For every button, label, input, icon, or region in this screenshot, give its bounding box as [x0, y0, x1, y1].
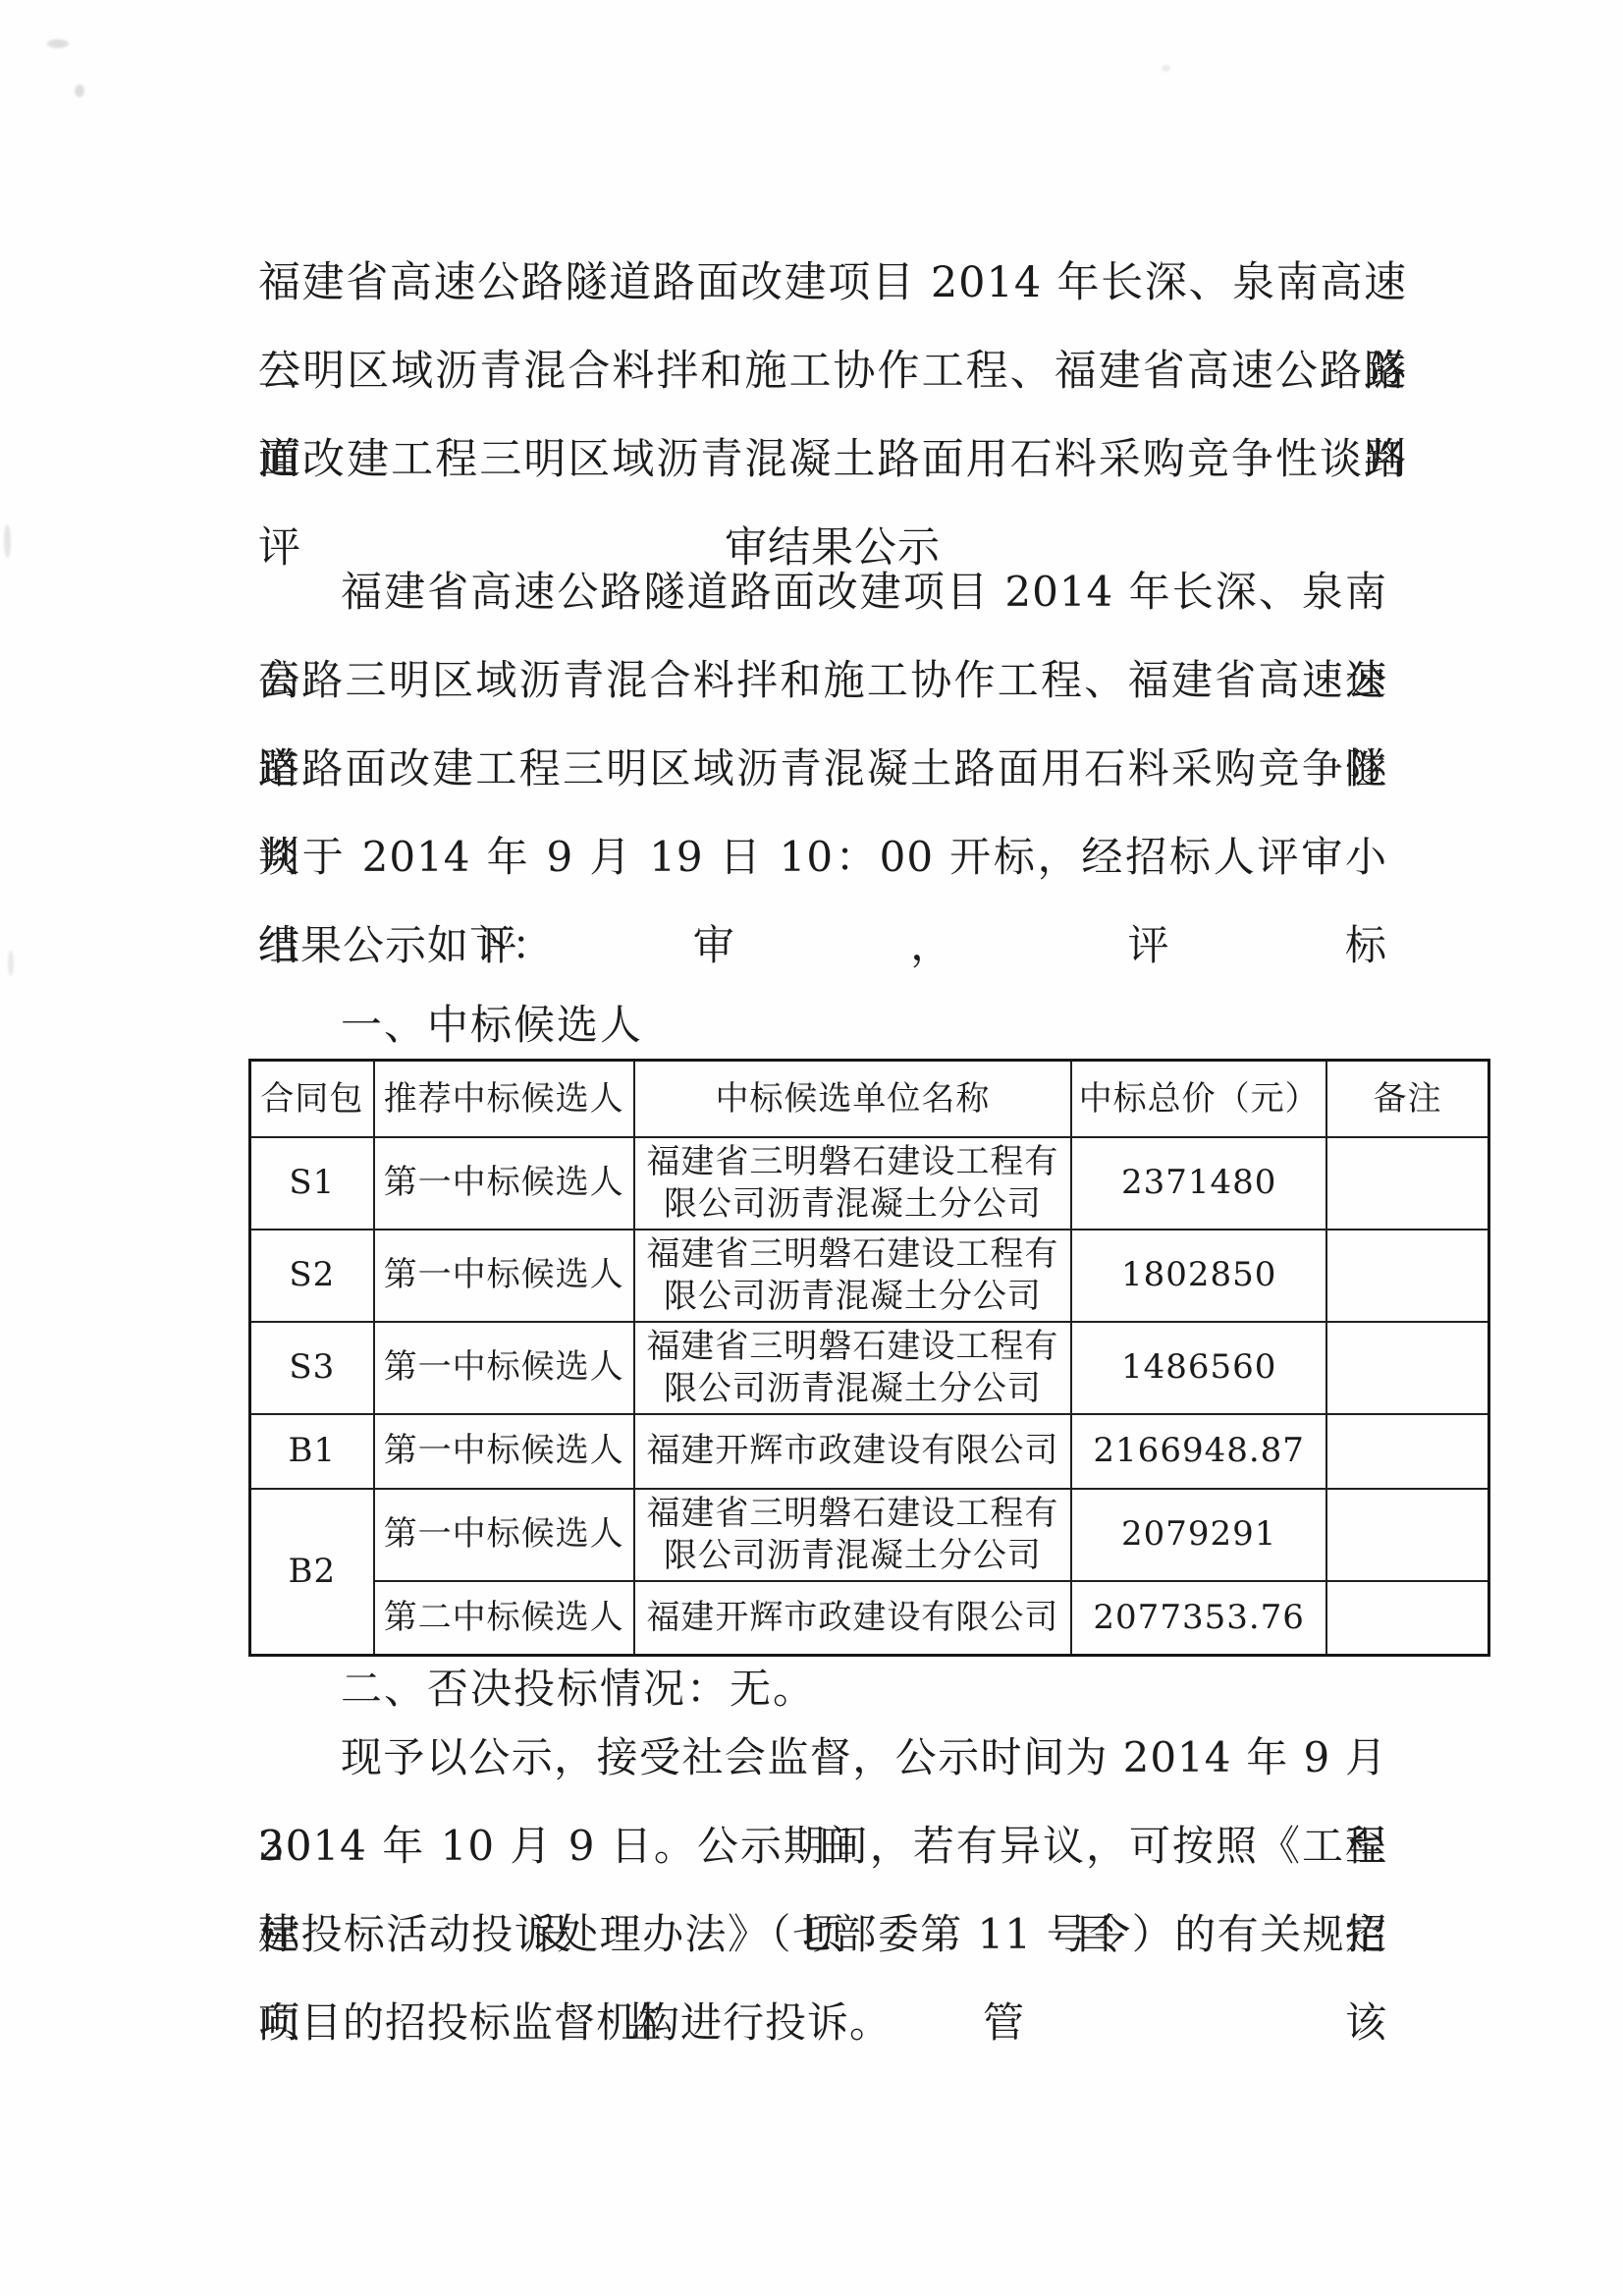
price-cell: 2079291 [1071, 1489, 1326, 1581]
header-candidate: 推荐中标候选人 [374, 1061, 634, 1137]
header-note: 备注 [1326, 1061, 1488, 1137]
body-line: 道路面改建工程三明区域沥青混凝土路面用石料采购竞争性谈 [258, 725, 1387, 813]
body-line: 现予以公示，接受社会监督，公示时间为 2014 年 9 月 30 日至 [258, 1714, 1387, 1802]
header-company: 中标候选单位名称 [634, 1061, 1071, 1137]
table-row-b2-first: B2 第一中标候选人 福建省三明磐石建设工程有限公司沥青混凝土分公司 20792… [250, 1489, 1489, 1581]
candidate-cell: 第二中标候选人 [374, 1581, 634, 1656]
price-cell: 2077353.76 [1071, 1581, 1326, 1656]
section-2-heading: 二、否决投标情况：无。 [341, 1658, 816, 1721]
body-line: 标投标活动投诉处理办法》（七部委第 11 号令）的有关规定向监管该 [258, 1890, 1387, 1979]
candidate-cell: 第一中标候选人 [374, 1137, 634, 1230]
price-cell: 1486560 [1071, 1322, 1326, 1414]
results-table: 合同包 推荐中标候选人 中标候选单位名称 中标总价（元） 备注 S1 第一中标候… [248, 1059, 1490, 1657]
body-line: 公路三明区域沥青混合料拌和施工协作工程、福建省高速公路隧 [258, 636, 1387, 725]
company-cell: 福建开辉市政建设有限公司 [634, 1581, 1071, 1656]
scan-speck [4, 524, 11, 558]
table-row-s2: S2 第一中标候选人 福建省三明磐石建设工程有限公司沥青混凝土分公司 18028… [250, 1230, 1489, 1322]
note-cell [1326, 1414, 1488, 1489]
scan-speck [1162, 65, 1170, 72]
scan-speck [47, 39, 69, 48]
price-cell: 2371480 [1071, 1137, 1326, 1230]
note-cell [1326, 1322, 1488, 1414]
note-cell [1326, 1581, 1488, 1656]
body-line: 判于 2014 年 9 月 19 日 10：00 开标，经招标人评审小组评审，评… [258, 813, 1387, 902]
table-row-b2-second: 第二中标候选人 福建开辉市政建设有限公司 2077353.76 [250, 1581, 1489, 1656]
price-cell: 1802850 [1071, 1230, 1326, 1322]
closing-paragraph: 现予以公示，接受社会监督，公示时间为 2014 年 9 月 30 日至 2014… [258, 1714, 1387, 2067]
candidate-cell: 第一中标候选人 [374, 1489, 634, 1581]
section-1-heading: 一、中标候选人 [341, 994, 643, 1057]
header-package: 合同包 [250, 1061, 374, 1137]
note-cell [1326, 1230, 1488, 1322]
candidate-cell: 第一中标候选人 [374, 1322, 634, 1414]
note-cell [1326, 1489, 1488, 1581]
company-cell: 福建省三明磐石建设工程有限公司沥青混凝土分公司 [634, 1322, 1071, 1414]
body-line: 福建省高速公路隧道路面改建项目 2014 年长深、泉南高速 [258, 548, 1387, 636]
title-line-1: 福建省高速公路隧道路面改建项目 2014 年长深、泉南高速公路 [258, 239, 1407, 327]
scan-speck [75, 84, 84, 97]
package-cell: S1 [250, 1137, 374, 1230]
package-cell: B2 [250, 1489, 374, 1656]
company-cell: 福建省三明磐石建设工程有限公司沥青混凝土分公司 [634, 1230, 1071, 1322]
note-cell [1326, 1137, 1488, 1230]
title-line-2: 三明区域沥青混合料拌和施工协作工程、福建省高速公路隧道路 [258, 327, 1407, 415]
table-row-s3: S3 第一中标候选人 福建省三明磐石建设工程有限公司沥青混凝土分公司 14865… [250, 1322, 1489, 1414]
document-title: 福建省高速公路隧道路面改建项目 2014 年长深、泉南高速公路 三明区域沥青混合… [258, 239, 1407, 592]
header-price: 中标总价（元） [1071, 1061, 1326, 1137]
bid-results-table: 合同包 推荐中标候选人 中标候选单位名称 中标总价（元） 备注 S1 第一中标候… [248, 1059, 1490, 1657]
company-cell: 福建省三明磐石建设工程有限公司沥青混凝土分公司 [634, 1137, 1071, 1230]
package-cell: S2 [250, 1230, 374, 1322]
table-row-s1: S1 第一中标候选人 福建省三明磐石建设工程有限公司沥青混凝土分公司 23714… [250, 1137, 1489, 1230]
table-header-row: 合同包 推荐中标候选人 中标候选单位名称 中标总价（元） 备注 [250, 1061, 1489, 1137]
company-cell: 福建省三明磐石建设工程有限公司沥青混凝土分公司 [634, 1489, 1071, 1581]
candidate-cell: 第一中标候选人 [374, 1230, 634, 1322]
scanned-document-page: 福建省高速公路隧道路面改建项目 2014 年长深、泉南高速公路 三明区域沥青混合… [0, 0, 1623, 2296]
company-cell: 福建开辉市政建设有限公司 [634, 1414, 1071, 1489]
title-line-3: 面改建工程三明区域沥青混凝土路面用石料采购竞争性谈判评 [258, 415, 1407, 504]
table-row-b1: B1 第一中标候选人 福建开辉市政建设有限公司 2166948.87 [250, 1414, 1489, 1489]
package-cell: B1 [250, 1414, 374, 1489]
candidate-cell: 第一中标候选人 [374, 1414, 634, 1489]
price-cell: 2166948.87 [1071, 1414, 1326, 1489]
body-line: 2014 年 10 月 9 日。公示期间，若有异议，可按照《工程建设项目招 [258, 1802, 1387, 1890]
package-cell: S3 [250, 1322, 374, 1414]
intro-paragraph: 福建省高速公路隧道路面改建项目 2014 年长深、泉南高速 公路三明区域沥青混合… [258, 548, 1387, 990]
scan-speck [8, 951, 14, 976]
